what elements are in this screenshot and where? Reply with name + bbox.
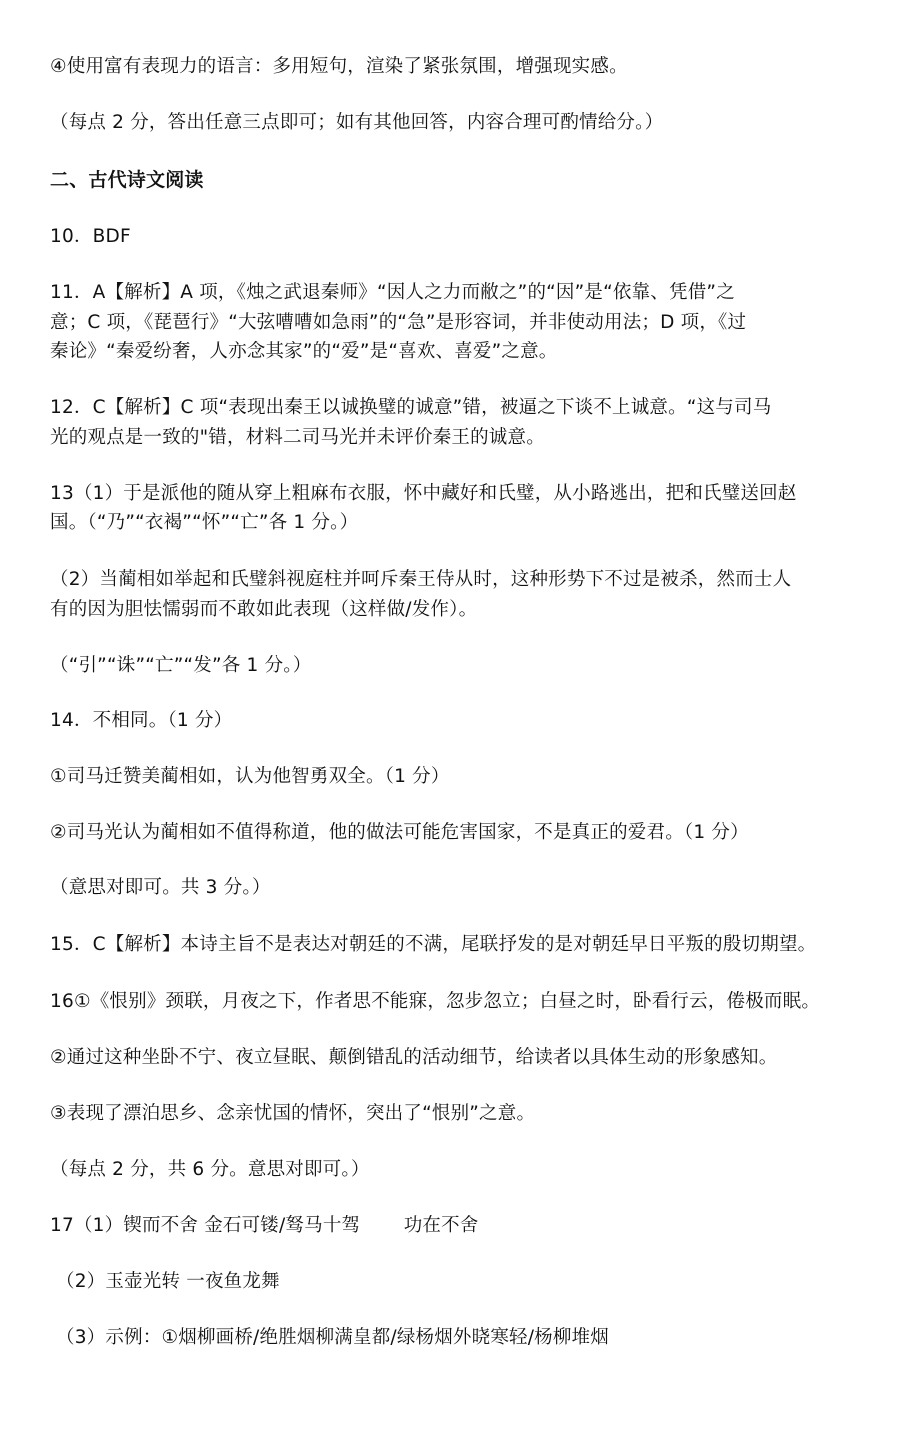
answer-q17-1: 17（1）锲而不舍 金石可镂/驽马十驾 功在不舍 — [50, 1214, 479, 1238]
scoring-note-q9: （每点 2 分，答出任意三点即可；如有其他回答，内容合理可酌情给分。） — [50, 111, 663, 135]
answer-q12-line2: 光的观点是一致的"错，材料二司马光并未评价秦王的诚意。 — [50, 426, 545, 450]
answer-q16-point2: ②通过这种坐卧不宁、夜立昼眠、颠倒错乱的活动细节，给读者以具体生动的形象感知。 — [50, 1046, 777, 1070]
answer-q14: 14．不相同。（1 分） — [50, 709, 232, 733]
answer-q11-line2: 意；C 项，《琵琶行》“大弦嘈嘈如急雨”的“急”是形容词，并非使动用法；D 项，… — [50, 311, 746, 335]
answer-q15: 15．C【解析】本诗主旨不是表达对朝廷的不满，尾联抒发的是对朝廷早日平叛的殷切期… — [50, 933, 816, 957]
answer-q14-point2: ②司马光认为蔺相如不值得称道，他的做法可能危害国家，不是真正的爱君。（1 分） — [50, 821, 749, 845]
answer-q9-point4: ④使用富有表现力的语言：多用短句，渲染了紧张氛围，增强现实感。 — [50, 55, 628, 79]
answer-q17-3: （3）示例：①烟柳画桥/绝胜烟柳满皇都/绿杨烟外晓寒轻/杨柳堆烟 — [56, 1326, 609, 1350]
answer-q10: 10．BDF — [50, 225, 131, 249]
answer-q11-line3: 秦论》“秦爱纷奢，人亦念其家”的“爱”是“喜欢、喜爱”之意。 — [50, 340, 558, 364]
answer-q13-1-line2: 国。（“乃”“衣褐”“怀”“亡”各 1 分。） — [50, 511, 358, 535]
answer-q11-line1: 11．A【解析】A 项，《烛之武退秦师》“因人之力而敝之”的“因”是“依靠、凭借… — [50, 281, 735, 305]
answer-q13-2-line1: （2）当蔺相如举起和氏璧斜视庭柱并呵斥秦王侍从时，这种形势下不过是被杀，然而士人 — [50, 568, 791, 592]
answer-q14-point1: ①司马迁赞美蔺相如，认为他智勇双全。（1 分） — [50, 765, 450, 789]
answer-q12-line1: 12．C【解析】C 项“表现出秦王以诚换璧的诚意”错，被逼之下谈不上诚意。“这与… — [50, 396, 771, 420]
answer-q13-1-line1: 13（1）于是派他的随从穿上粗麻布衣服，怀中藏好和氏璧，从小路逃出，把和氏璧送回… — [50, 482, 797, 506]
answer-q16-point3: ③表现了漂泊思乡、念亲忧国的情怀，突出了“恨别”之意。 — [50, 1102, 535, 1126]
scoring-note-q14: （意思对即可。共 3 分。） — [50, 876, 271, 900]
answer-q13-2-line2: 有的因为胆怯懦弱而不敢如此表现（这样做/发作）。 — [50, 598, 477, 622]
answer-q16-point1: 16①《恨别》颈联，月夜之下，作者思不能寐，忽步忽立；白昼之时，卧看行云，倦极而… — [50, 990, 820, 1014]
section-heading-classical-poetry: 二、古代诗文阅读 — [50, 168, 204, 192]
scoring-note-q13-2: （“引”“诛”“亡”“发”各 1 分。） — [50, 654, 311, 678]
scoring-note-q16: （每点 2 分，共 6 分。意思对即可。） — [50, 1158, 370, 1182]
answer-q17-2: （2）玉壶光转 一夜鱼龙舞 — [56, 1270, 280, 1294]
